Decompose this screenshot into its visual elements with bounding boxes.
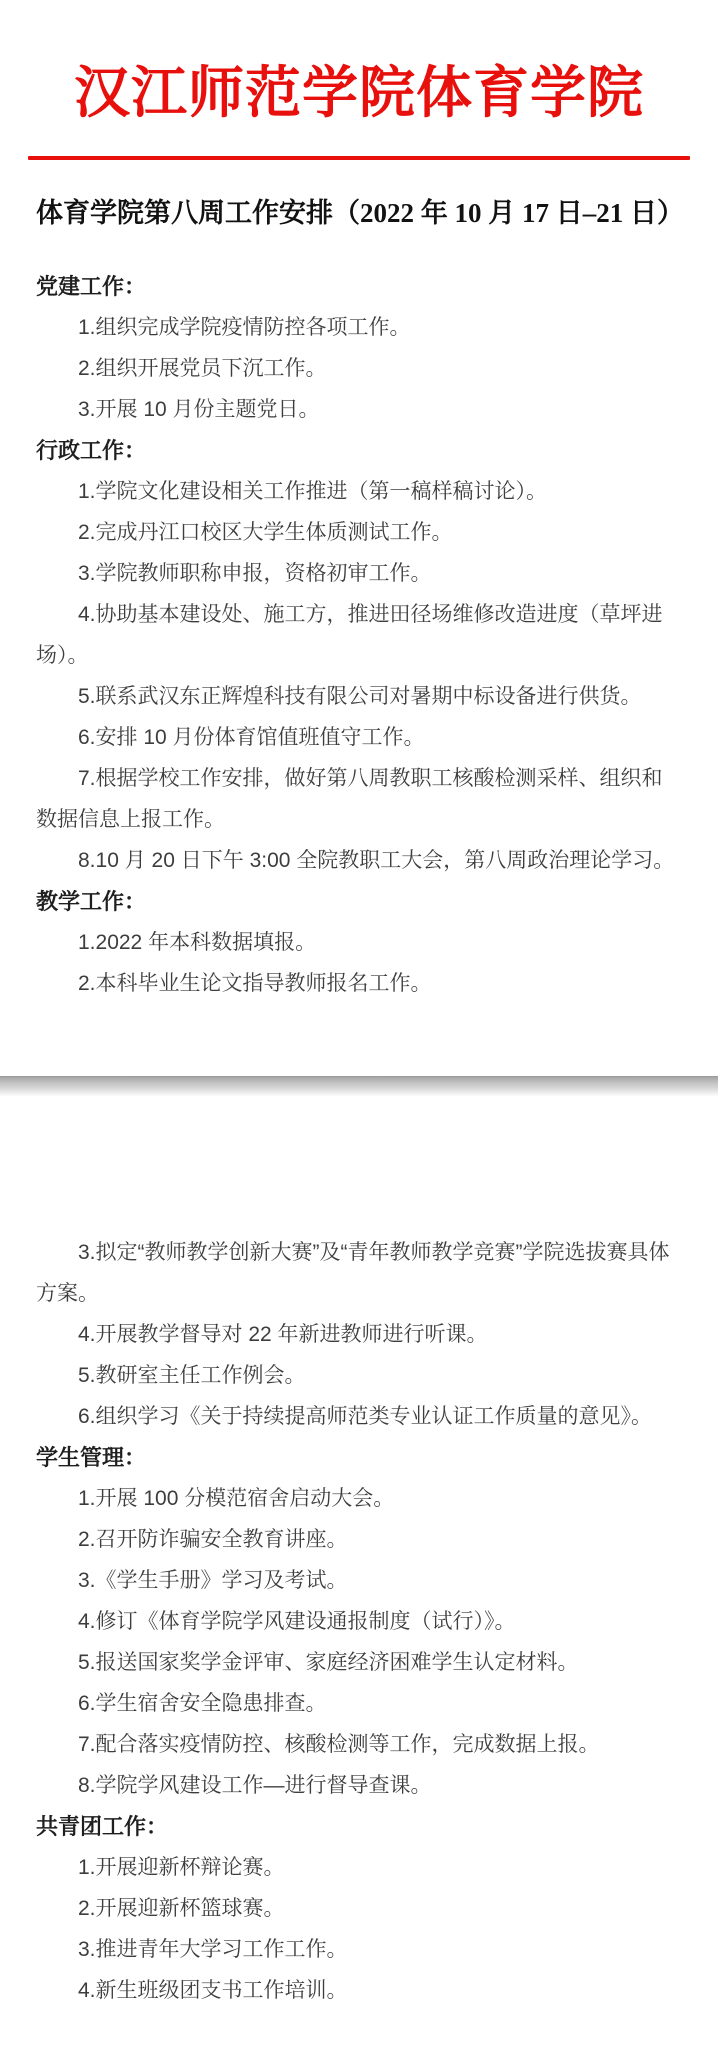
work-plan-content-page-1: 党建工作：1.组织完成学院疫情防控各项工作。2.组织开展党员下沉工作。3.开展 … bbox=[36, 266, 682, 1004]
work-item: 8.10 月 20 日下午 3:00 全院教职工大会，第八周政治理论学习。 bbox=[36, 840, 682, 881]
work-item: 7.配合落实疫情防控、核酸检测等工作，完成数据上报。 bbox=[36, 1724, 682, 1765]
page-break-separator bbox=[0, 1076, 718, 1096]
document-page-2: 3.拟定“教师教学创新大赛”及“青年教师教学竞赛”学院选拔赛具体方案。4.开展教… bbox=[0, 1096, 718, 2061]
work-item: 3.学院教师职称申报，资格初审工作。 bbox=[36, 553, 682, 594]
work-item: 3.开展 10 月份主题党日。 bbox=[36, 389, 682, 430]
page-title: 汉江师范学院体育学院 bbox=[36, 62, 682, 126]
section-heading: 行政工作： bbox=[36, 430, 682, 471]
work-item: 5.联系武汉东正辉煌科技有限公司对暑期中标设备进行供货。 bbox=[36, 676, 682, 717]
work-item: 4.开展教学督导对 22 年新进教师进行听课。 bbox=[36, 1314, 682, 1355]
work-item: 2.本科毕业生论文指导教师报名工作。 bbox=[36, 963, 682, 1004]
work-item: 3.《学生手册》学习及考试。 bbox=[36, 1560, 682, 1601]
work-item: 8.学院学风建设工作—进行督导查课。 bbox=[36, 1765, 682, 1806]
work-item: 6.组织学习《关于持续提高师范类专业认证工作质量的意见》。 bbox=[36, 1396, 682, 1437]
section-heading: 学生管理： bbox=[36, 1437, 682, 1478]
work-item: 3.推进青年大学习工作工作。 bbox=[36, 1929, 682, 1970]
section-heading: 教学工作： bbox=[36, 881, 682, 922]
work-item: 1.2022 年本科数据填报。 bbox=[36, 922, 682, 963]
work-plan-content-page-2: 3.拟定“教师教学创新大赛”及“青年教师教学竞赛”学院选拔赛具体方案。4.开展教… bbox=[36, 1232, 682, 2011]
work-item: 5.教研室主任工作例会。 bbox=[36, 1355, 682, 1396]
work-item: 1.学院文化建设相关工作推进（第一稿样稿讨论）。 bbox=[36, 471, 682, 512]
document-page-1: 汉江师范学院体育学院 体育学院第八周工作安排（2022 年 10 月 17 日–… bbox=[0, 0, 718, 1076]
work-item: 3.拟定“教师教学创新大赛”及“青年教师教学竞赛”学院选拔赛具体方案。 bbox=[36, 1232, 682, 1314]
work-item: 2.组织开展党员下沉工作。 bbox=[36, 348, 682, 389]
work-item: 7.根据学校工作安排，做好第八周教职工核酸检测采样、组织和数据信息上报工作。 bbox=[36, 758, 682, 840]
title-underline-rule bbox=[28, 156, 690, 160]
section-heading: 共青团工作： bbox=[36, 1806, 682, 1847]
work-item: 1.组织完成学院疫情防控各项工作。 bbox=[36, 307, 682, 348]
page-subtitle: 体育学院第八周工作安排（2022 年 10 月 17 日–21 日） bbox=[36, 196, 682, 230]
work-item: 5.报送国家奖学金评审、家庭经济困难学生认定材料。 bbox=[36, 1642, 682, 1683]
section-heading: 党建工作： bbox=[36, 266, 682, 307]
work-item: 4.新生班级团支书工作培训。 bbox=[36, 1970, 682, 2011]
document: 汉江师范学院体育学院 体育学院第八周工作安排（2022 年 10 月 17 日–… bbox=[0, 0, 718, 2061]
work-item: 4.协助基本建设处、施工方，推进田径场维修改造进度（草坪进场）。 bbox=[36, 594, 682, 676]
work-item: 6.学生宿舍安全隐患排查。 bbox=[36, 1683, 682, 1724]
work-item: 2.完成丹江口校区大学生体质测试工作。 bbox=[36, 512, 682, 553]
work-item: 1.开展 100 分模范宿舍启动大会。 bbox=[36, 1478, 682, 1519]
work-item: 2.召开防诈骗安全教育讲座。 bbox=[36, 1519, 682, 1560]
work-item: 1.开展迎新杯辩论赛。 bbox=[36, 1847, 682, 1888]
work-item: 4.修订《体育学院学风建设通报制度（试行）》。 bbox=[36, 1601, 682, 1642]
work-item: 6.安排 10 月份体育馆值班值守工作。 bbox=[36, 717, 682, 758]
work-item: 2.开展迎新杯篮球赛。 bbox=[36, 1888, 682, 1929]
